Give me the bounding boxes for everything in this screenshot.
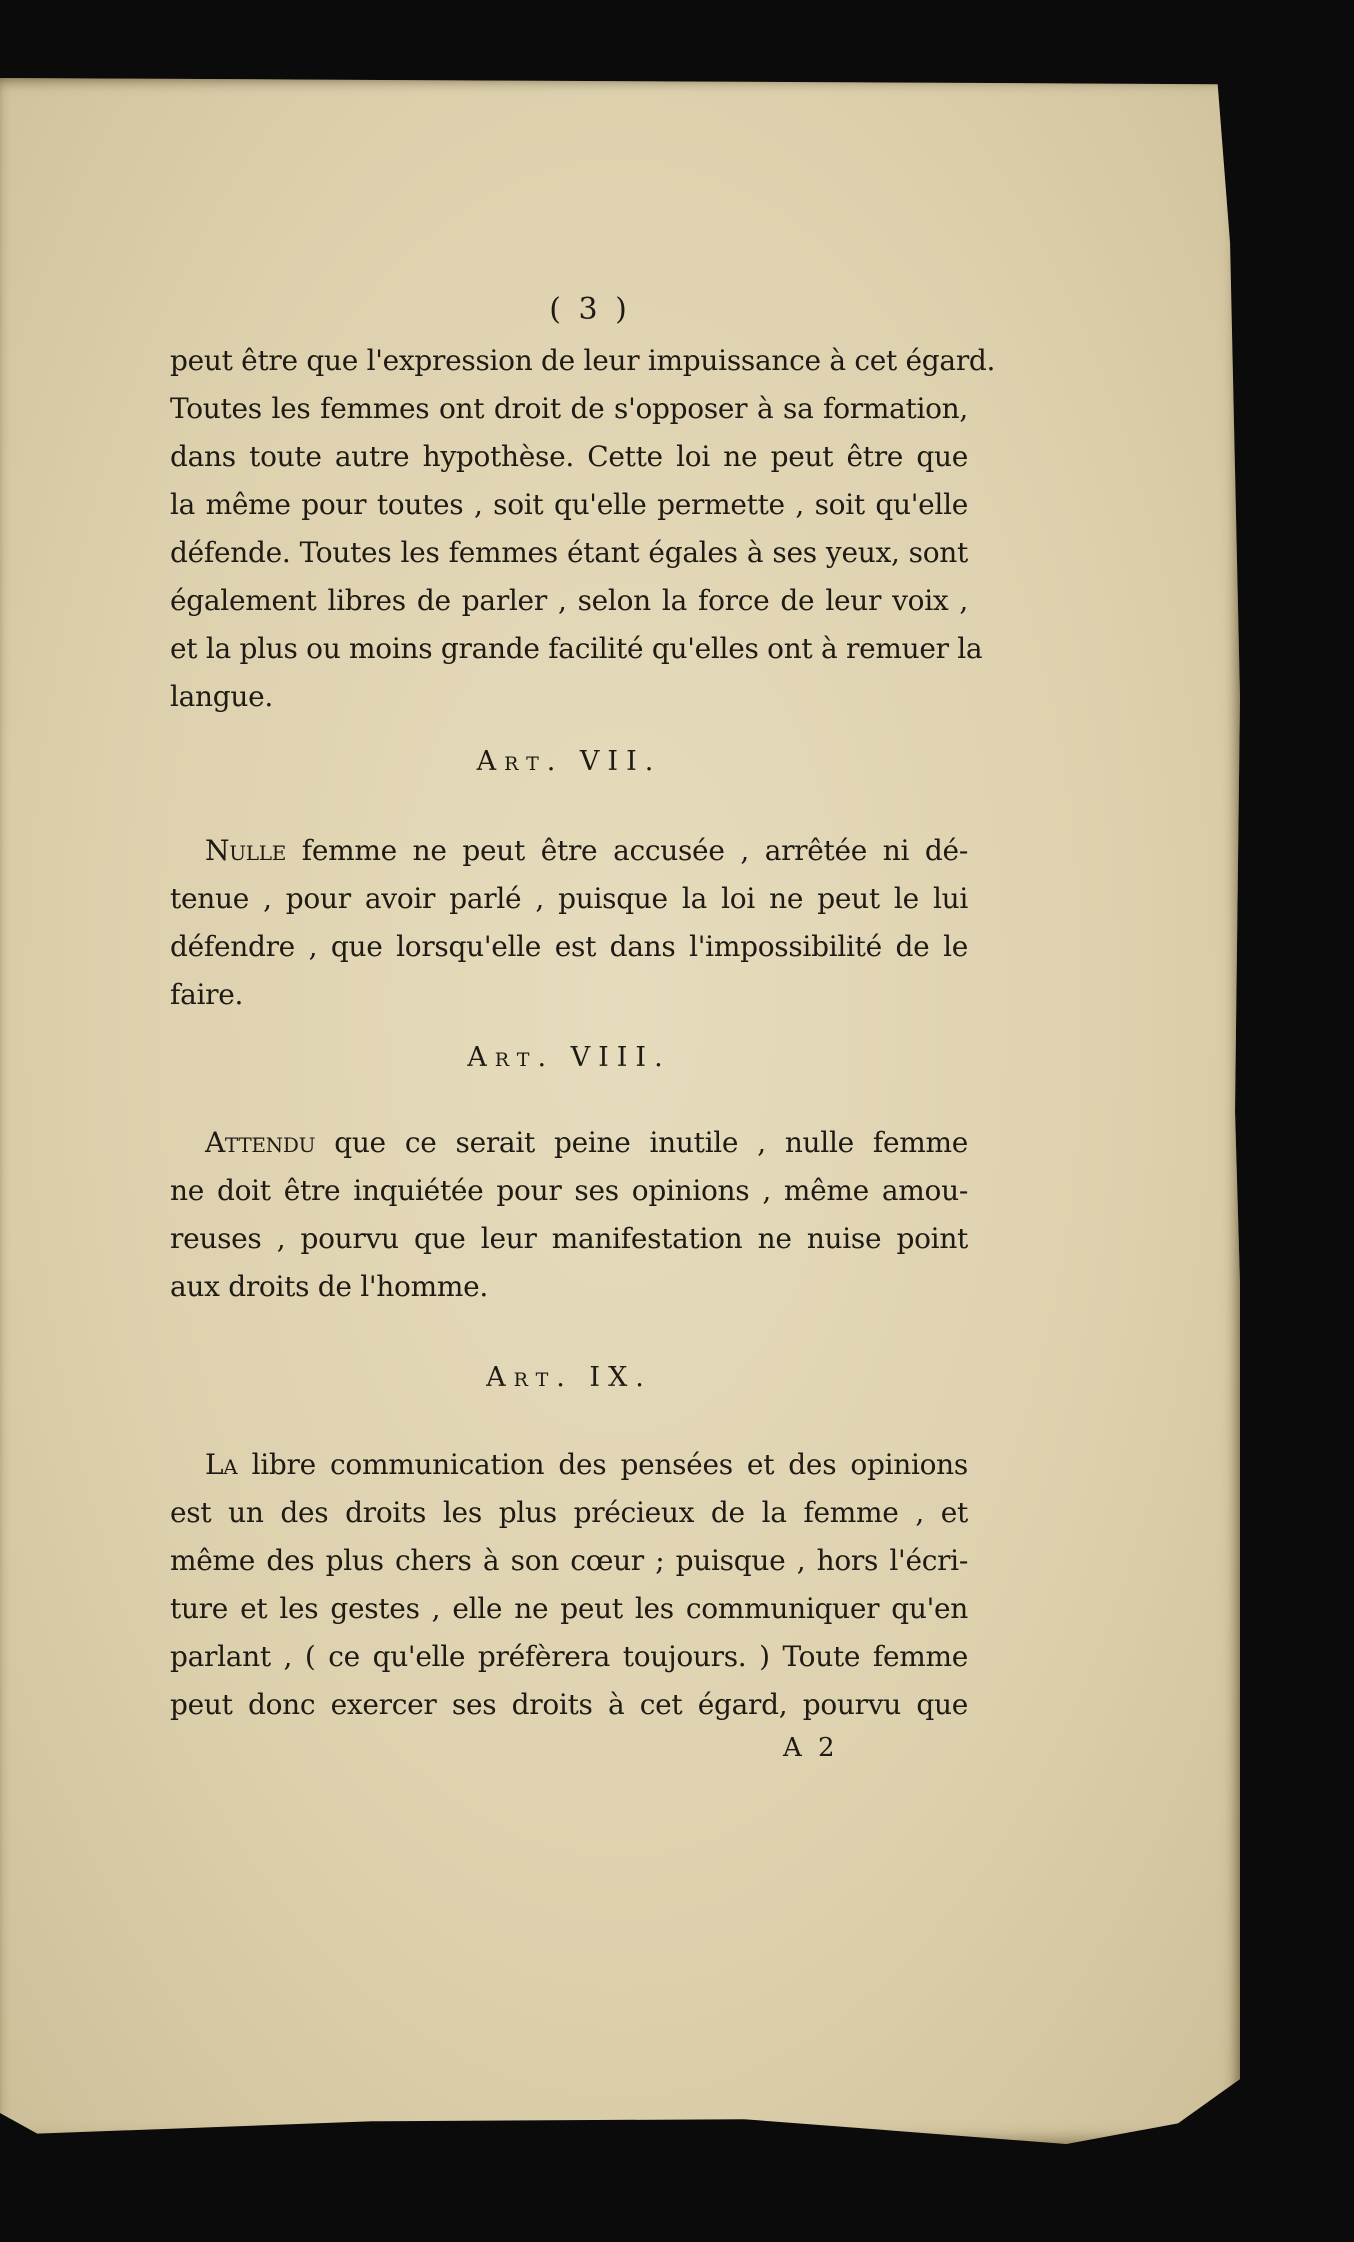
text-line: ne doit être inquiétée pour ses opinions…: [170, 1174, 968, 1207]
text-line: et la plus ou moins grande facilité qu'e…: [170, 632, 968, 665]
text-line: dans toute autre hypothèse. Cette loi ne…: [170, 440, 968, 473]
lead-word: Nulle: [205, 834, 286, 867]
text-line: même des plus chers à son cœur ; puisque…: [170, 1544, 968, 1577]
text-line: langue.: [170, 680, 968, 713]
text-line: ture et les gestes , elle ne peut les co…: [170, 1592, 968, 1625]
text-line: peut être que l'expression de leur impui…: [170, 344, 968, 377]
lead-word: Attendu: [205, 1126, 315, 1159]
text-line: également libres de parler , selon la fo…: [170, 584, 968, 617]
text-line: tenue , pour avoir parlé , puisque la lo…: [170, 882, 968, 915]
text-line: Nulle femme ne peut être accusée , arrêt…: [205, 834, 968, 867]
text-fragment: que ce serait peine inutile , nulle femm…: [315, 1126, 968, 1159]
article-heading-viii: Art. VIII.: [170, 1042, 968, 1073]
text-line: Toutes les femmes ont droit de s'opposer…: [170, 392, 968, 425]
text-line: défendre , que lorsqu'elle est dans l'im…: [170, 930, 968, 963]
text-line: reuses , pourvu que leur manifestation n…: [170, 1222, 968, 1255]
article-heading-vii: Art. VII.: [170, 746, 968, 777]
signature-mark: A 2: [783, 1733, 839, 1763]
text-line: aux droits de l'homme.: [170, 1270, 968, 1303]
lead-word: La: [205, 1448, 237, 1481]
text-line: Attendu que ce serait peine inutile , nu…: [205, 1126, 968, 1159]
text-line: La libre communication des pensées et de…: [205, 1448, 968, 1481]
page-number: ( 3 ): [520, 292, 660, 327]
scanned-page: [0, 78, 1240, 2144]
text-line: parlant , ( ce qu'elle préfèrera toujour…: [170, 1640, 968, 1673]
text-line: peut donc exercer ses droits à cet égard…: [170, 1688, 968, 1721]
text-line: est un des droits les plus précieux de l…: [170, 1496, 968, 1529]
text-line: faire.: [170, 978, 968, 1011]
text-fragment: femme ne peut être accusée , arrêtée ni …: [286, 834, 968, 867]
text-line: la même pour toutes , soit qu'elle perme…: [170, 488, 968, 521]
article-heading-ix: Art. IX.: [170, 1362, 968, 1393]
text-fragment: libre communication des pensées et des o…: [237, 1448, 968, 1481]
text-line: défende. Toutes les femmes étant égales …: [170, 536, 968, 569]
